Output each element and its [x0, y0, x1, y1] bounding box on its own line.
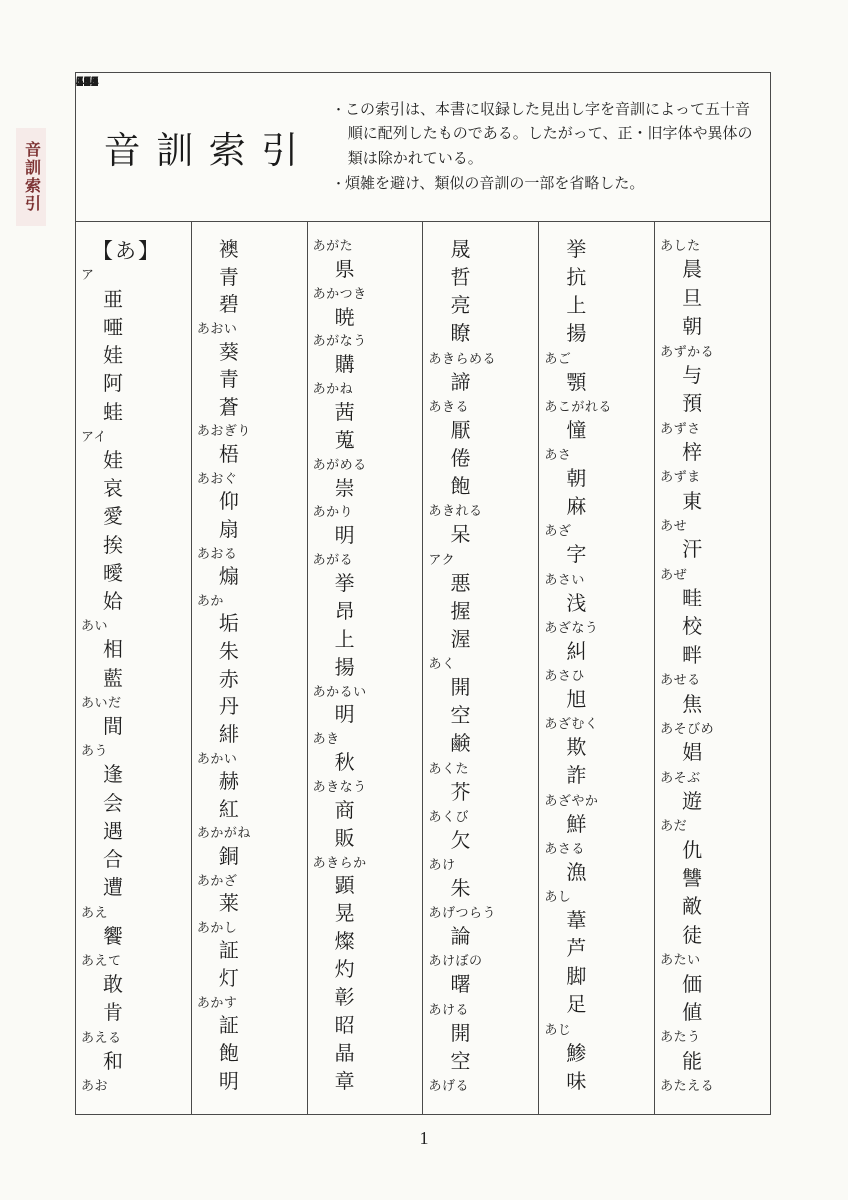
- margin-tab-label: 音訓索引: [20, 141, 43, 213]
- entry-page-number: 446: [76, 73, 770, 1114]
- index-box: 音訓索引 ・この索引は、本書に収録した見出し字を音訓によって五十音順に配列したも…: [75, 72, 771, 1115]
- index-entry: 能446: [655, 1050, 770, 1075]
- index-columns: 【あ】ア亜3唖3娃3阿3蛙66アイ娃3哀3愛4挨4曖4姶4あい相343藍571あ…: [76, 222, 770, 1115]
- index-column: あした晨294旦370朝386あずかる与560預560あずさ梓6あずま東418あ…: [655, 222, 770, 1115]
- scanned-page: 音訓索引 音訓索引 ・この索引は、本書に収録した見出し字を音訓によって五十音順に…: [0, 0, 848, 1200]
- margin-tab: 音訓索引: [16, 128, 46, 226]
- page-number: 1: [0, 1128, 848, 1149]
